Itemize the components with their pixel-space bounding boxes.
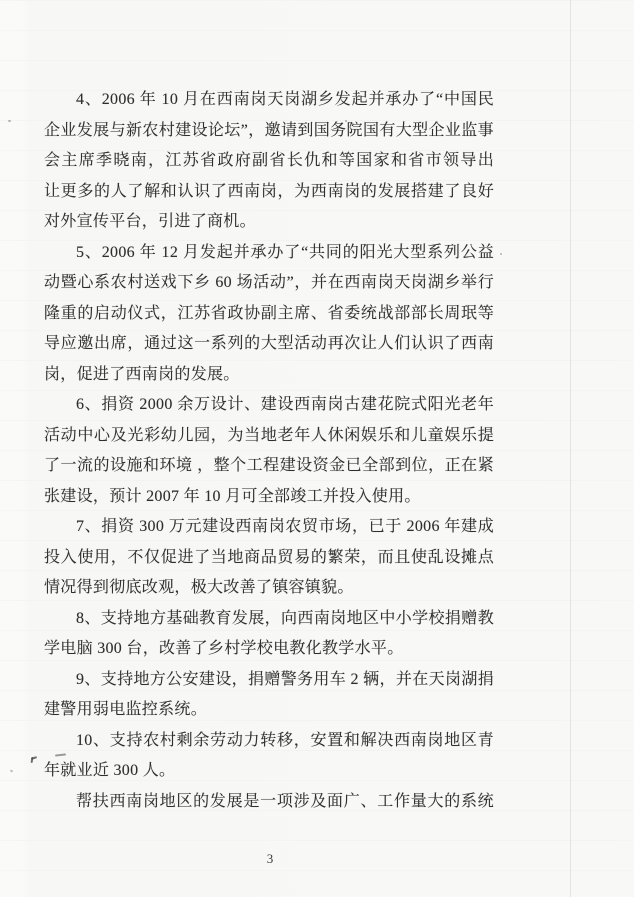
scan-artifact: [345, 120, 347, 122]
paragraph-item-4: 4、2006 年 10 月在西南岗天岗湖乡发起并承办了“中国民营 企业发展与新农…: [44, 85, 494, 238]
text-line: 建警用弱电监控系统。: [44, 695, 494, 726]
text-line: 隆重的启动仪式，江苏省政协副主席、省委统战部部长周珉等领: [44, 299, 494, 330]
scan-artifact: [420, 349, 422, 351]
text-line: 10、支持农村剩余劳动力转移，安置和解决西南岗地区青少: [44, 726, 494, 757]
text-line: 8、支持地方基础教育发展，向西南岗地区中小学校捐赠教: [44, 604, 494, 635]
text-line: 活动中心及光彩幼儿园，为当地老年人休闲娱乐和儿童娱乐提供: [44, 421, 494, 452]
text-line: 5、2006 年 12 月发起并承办了“共同的阳光大型系列公益活: [44, 238, 494, 269]
scanner-streak-artifact: [570, 0, 571, 897]
text-line: 动暨心系农村送戏下乡 60 场活动”，并在西南岗天岗湖乡举行了: [44, 268, 494, 299]
paragraph-item-5: 5、2006 年 12 月发起并承办了“共同的阳光大型系列公益活 动暨心系农村送…: [44, 238, 494, 391]
paragraph-item-8: 8、支持地方基础教育发展，向西南岗地区中小学校捐赠教 学电脑 300 台，改善了…: [44, 604, 494, 665]
text-line: 9、支持地方公安建设，捐赠警务用车 2 辆，并在天岗湖捐: [44, 665, 494, 696]
text-line: 情况得到彻底改观，极大改善了镇容镇貌。: [44, 573, 494, 604]
text-line: 学电脑 300 台，改善了乡村学校电教化教学水平。: [44, 634, 494, 665]
paragraph-item-10: 10、支持农村剩余劳动力转移，安置和解决西南岗地区青少 年就业近 300 人。: [44, 726, 494, 787]
scan-artifact: [8, 120, 11, 122]
text-line: 了一流的设施和环境 ，整个工程建设资金已全部到位，正在紧: [44, 451, 494, 482]
text-line: 让更多的人了解和认识了西南岗，为西南岗的发展搭建了良好的: [44, 177, 494, 208]
paragraph-item-9: 9、支持地方公安建设，捐赠警务用车 2 辆，并在天岗湖捐 建警用弱电监控系统。: [44, 665, 494, 726]
scan-artifact: [500, 253, 502, 255]
text-line: 6、捐资 2000 余万设计、建设西南岗古建花院式阳光老年人: [44, 390, 494, 421]
page-number: 3: [260, 850, 280, 868]
paragraph-item-7: 7、捐资 300 万元建设西南岗农贸市场，已于 2006 年建成并 投入使用，不…: [44, 512, 494, 604]
text-line: 年就业近 300 人。: [44, 756, 494, 787]
text-line: 帮扶西南岗地区的发展是一项涉及面广、工作量大的系统工: [44, 787, 494, 818]
paragraph-closing: 帮扶西南岗地区的发展是一项涉及面广、工作量大的系统工: [44, 787, 494, 818]
text-line: 投入使用，不仅促进了当地商品贸易的繁荣，而且使乱设摊点的: [44, 543, 494, 574]
text-line: 张建设，预计 2007 年 10 月可全部竣工并投入使用。: [44, 482, 494, 513]
text-line: 对外宣传平台，引进了商机。: [44, 207, 494, 238]
text-line: 岗，促进了西南岗的发展。: [44, 360, 494, 391]
text-line: 7、捐资 300 万元建设西南岗农贸市场，已于 2006 年建成并: [44, 512, 494, 543]
text-line: 4、2006 年 10 月在西南岗天岗湖乡发起并承办了“中国民营: [44, 85, 494, 116]
text-line: 企业发展与新农村建设论坛”，邀请到国务院国有大型企业监事: [44, 116, 494, 147]
document-page: 4、2006 年 10 月在西南岗天岗湖乡发起并承办了“中国民营 企业发展与新农…: [44, 85, 494, 817]
text-line: 导应邀出席，通过这一系列的大型活动再次让人们认识了西南: [44, 329, 494, 360]
paragraph-item-6: 6、捐资 2000 余万设计、建设西南岗古建花院式阳光老年人 活动中心及光彩幼儿…: [44, 390, 494, 512]
text-line: 会主席季晓南，江苏省政府副省长仇和等国家和省市领导出席，: [44, 146, 494, 177]
